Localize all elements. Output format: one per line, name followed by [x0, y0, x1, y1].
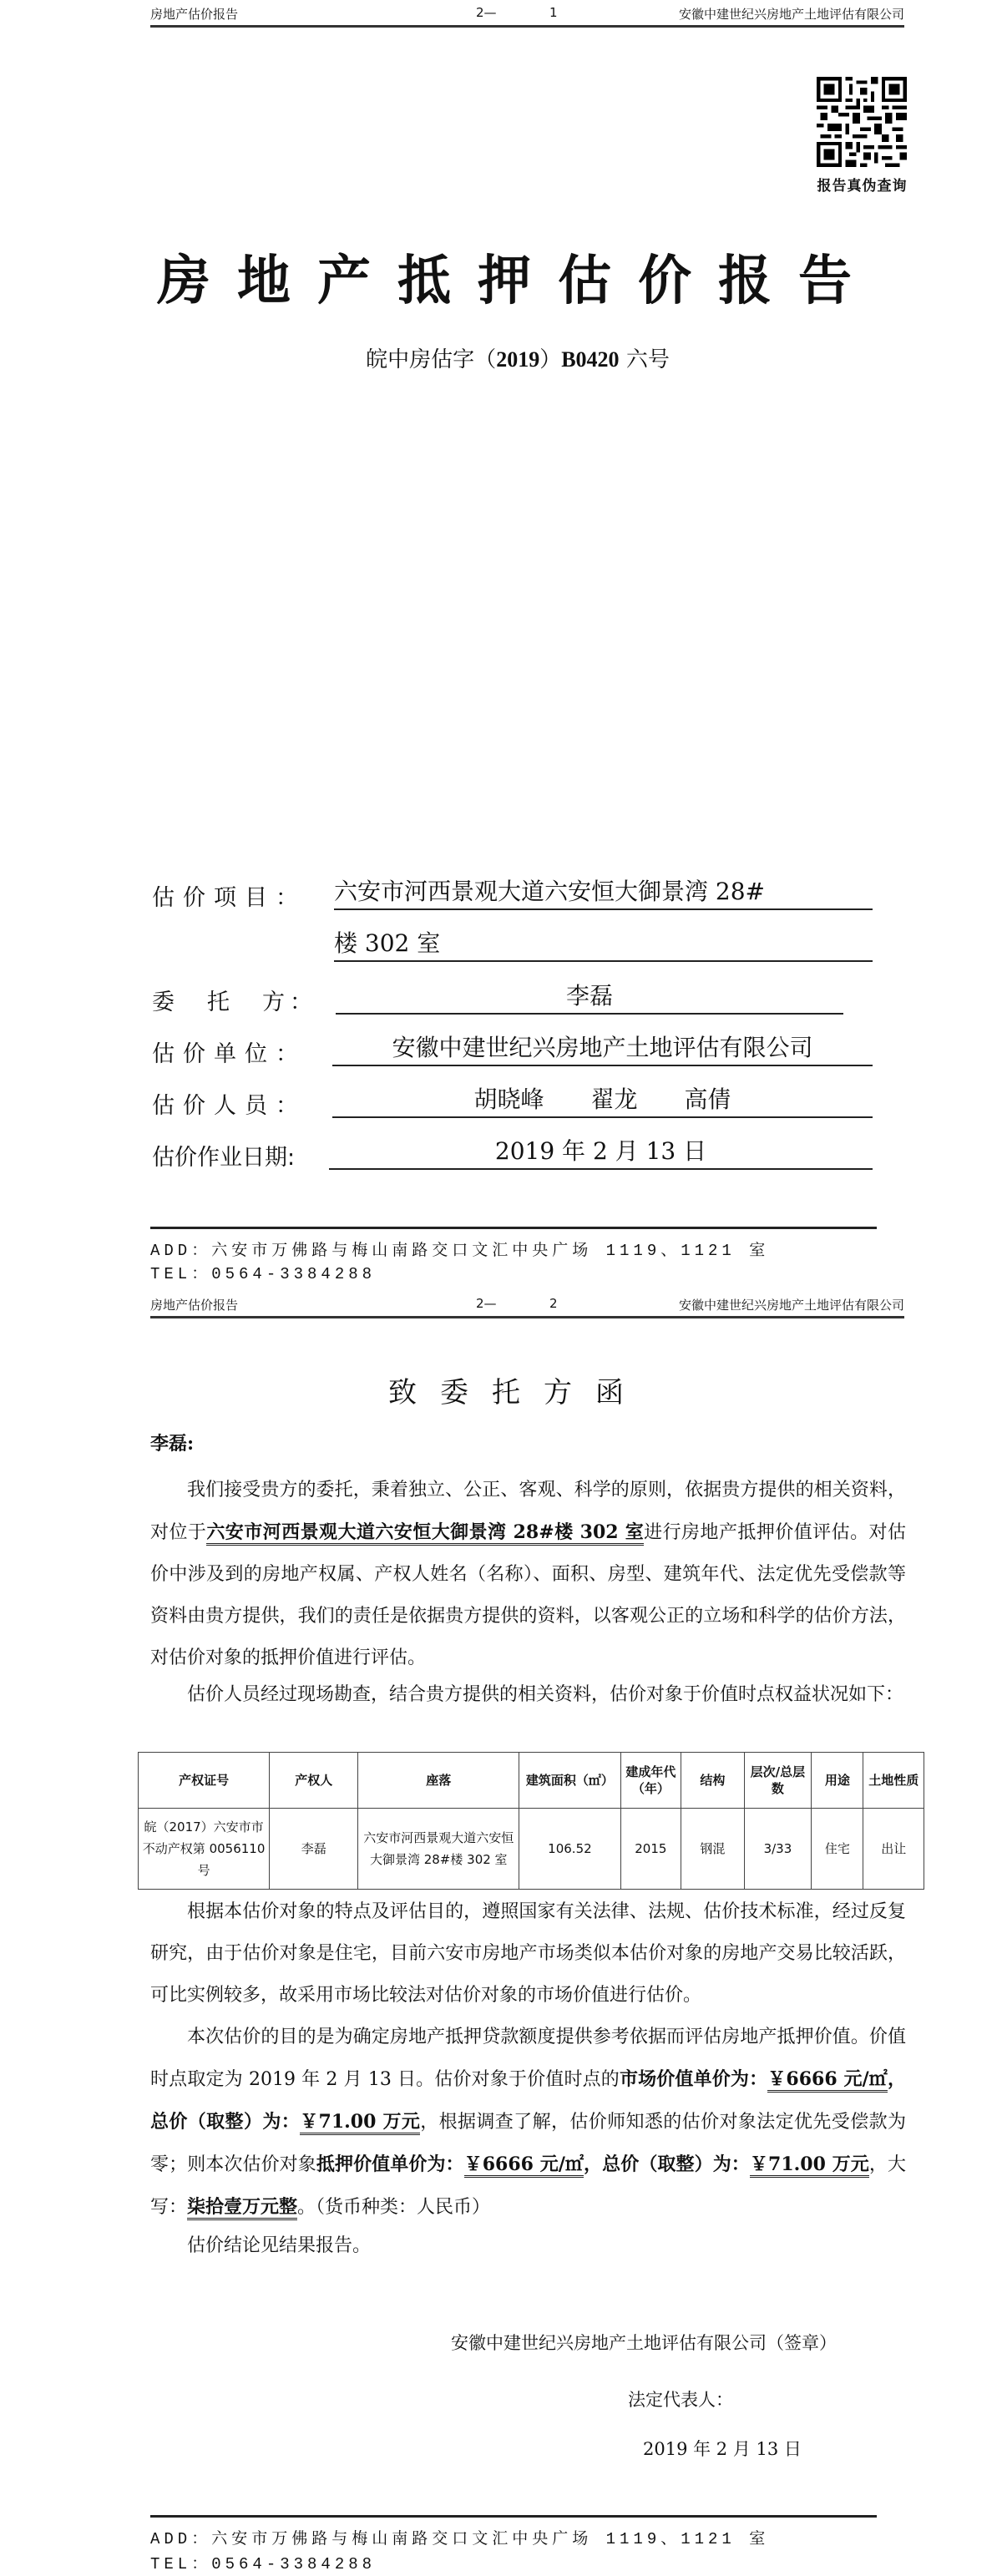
- capital-amount: 柒拾壹万元整: [187, 2196, 297, 2220]
- field-label-client: 委 托 方：: [152, 984, 317, 1016]
- header-page-prefix: 2—: [476, 5, 497, 20]
- header-page-number: 1: [549, 5, 558, 20]
- doc-number-code: B0420: [561, 347, 619, 372]
- page-header: 房地产估价报告 2— 2 安徽中建世纪兴房地产土地评估有限公司: [150, 1291, 904, 1318]
- cell-structure: 钢混: [681, 1809, 745, 1890]
- column-header: 产权人: [270, 1753, 358, 1809]
- doc-number-prefix: 皖中房估字（: [366, 347, 496, 372]
- mortgage-value-label: 抵押价值单价为：: [316, 2153, 464, 2175]
- column-header: 产权证号: [139, 1753, 270, 1809]
- field-label-date: 估价作业日期:: [152, 1139, 295, 1172]
- doc-number-mid: ）: [539, 347, 561, 372]
- market-total-price: ￥71.00 万元: [300, 2111, 420, 2135]
- paragraph-conclusion: 估价结论见结果报告。: [150, 2225, 906, 2267]
- table-row: 皖（2017）六安市市不动产权第 0056110 号 李磊 六安市河西景观大道六…: [139, 1809, 924, 1890]
- column-header: 土地性质: [863, 1753, 924, 1809]
- paragraph-inspection: 估价人员经过现场勘查，结合贵方提供的相关资料，估价对象于价值时点权益状况如下：: [150, 1674, 906, 1716]
- doc-number-year: 2019: [496, 347, 539, 372]
- field-value-project-line1: 六安市河西景观大道六安恒大御景湾 28#: [334, 877, 873, 910]
- signature-date: 2019 年 2 月 13 日: [643, 2436, 802, 2461]
- field-label-appraisers: 估价人员：: [152, 1087, 306, 1120]
- property-table: 产权证号 产权人 座落 建筑面积（㎡） 建成年代（年） 结构 层次/总层数 用途…: [138, 1752, 924, 1890]
- header-page-prefix: 2—: [476, 1296, 497, 1311]
- qr-caption: 报告真伪查询: [810, 174, 914, 195]
- footer-tel: TEL：0564-3384288: [150, 1261, 376, 1283]
- cell-year-built: 2015: [620, 1809, 681, 1890]
- mortgage-unit-price: ￥6666 元/㎡: [464, 2153, 584, 2178]
- doc-number-suffix: 六号: [626, 347, 670, 372]
- field-value-appraiser-org: 安徽中建世纪兴房地产土地评估有限公司: [332, 1033, 873, 1066]
- paragraph-engagement: 我们接受贵方的委托，秉着独立、公正、客观、科学的原则，依据贵方提供的相关资料，对…: [150, 1470, 906, 1679]
- salutation: 李磊:: [150, 1430, 194, 1455]
- footer-divider: [150, 2515, 877, 2518]
- mortgage-total-price: ￥71.00 万元: [750, 2153, 869, 2178]
- cell-usage: 住宅: [812, 1809, 863, 1890]
- paragraph-method: 根据本估价对象的特点及评估目的，遵照国家有关法律、法规、估价技术标准，经过反复研…: [150, 1891, 906, 2017]
- field-value-date: 2019 年 2 月 13 日: [329, 1136, 873, 1170]
- letter-title: 致委托方函: [150, 1369, 885, 1410]
- paragraph-text: ，总价（取整）为：: [584, 2153, 750, 2175]
- cell-area: 106.52: [519, 1809, 620, 1890]
- paragraph-valuation: 本次估价的目的是为确定房地产抵押贷款额度提供参考依据而评估房地产抵押价值。价值时…: [150, 2017, 906, 2229]
- footer-address: ADD：六安市万佛路与梅山南路交口文汇中央广场 1119、1121 室: [150, 2526, 769, 2548]
- header-company: 安徽中建世纪兴房地产土地评估有限公司: [679, 1296, 904, 1313]
- market-value-label: 市场价值单价为：: [620, 2068, 767, 2090]
- column-header: 座落: [358, 1753, 519, 1809]
- document-number: 皖中房估字（2019）B0420 六号: [150, 342, 885, 373]
- header-page-number: 2: [549, 1296, 558, 1311]
- column-header: 建成年代（年）: [620, 1753, 681, 1809]
- field-value-client: 李磊: [336, 981, 843, 1015]
- field-value-project-line2: 楼 302 室: [334, 929, 873, 962]
- field-label-project: 估价项目：: [152, 879, 306, 912]
- paragraph-text: 。（货币种类：人民币）: [297, 2197, 490, 2218]
- footer-address: ADD：六安市万佛路与梅山南路交口文汇中央广场 1119、1121 室: [150, 1237, 769, 1260]
- signature-company: 安徽中建世纪兴房地产土地评估有限公司（签章）: [451, 2330, 837, 2355]
- page-header: 房地产估价报告 2— 1 安徽中建世纪兴房地产土地评估有限公司: [150, 0, 904, 28]
- column-header: 建筑面积（㎡）: [519, 1753, 620, 1809]
- column-header: 层次/总层数: [744, 1753, 812, 1809]
- column-header: 用途: [812, 1753, 863, 1809]
- signature-legal-rep: 法定代表人：: [628, 2386, 733, 2412]
- table-header-row: 产权证号 产权人 座落 建筑面积（㎡） 建成年代（年） 结构 层次/总层数 用途…: [139, 1753, 924, 1809]
- cell-location: 六安市河西景观大道六安恒大御景湾 28#楼 302 室: [358, 1809, 519, 1890]
- header-company: 安徽中建世纪兴房地产土地评估有限公司: [679, 5, 904, 23]
- cell-land-nature: 出让: [863, 1809, 924, 1890]
- field-value-appraisers: 胡晓峰 翟龙 高倩: [332, 1085, 873, 1118]
- property-address: 六安市河西景观大道六安恒大御景湾 28#楼 302 室: [206, 1521, 644, 1546]
- footer-tel: TEL：0564-3384288: [150, 2551, 376, 2573]
- cell-owner: 李磊: [270, 1809, 358, 1890]
- cell-floor: 3/33: [744, 1809, 812, 1890]
- cell-certificate-no: 皖（2017）六安市市不动产权第 0056110 号: [139, 1809, 270, 1890]
- header-report-name: 房地产估价报告: [150, 1296, 238, 1313]
- field-label-appraiser-org: 估价单位：: [152, 1035, 306, 1068]
- column-header: 结构: [681, 1753, 745, 1809]
- qr-code-icon[interactable]: [817, 77, 907, 167]
- report-title: 房地产抵押估价报告: [150, 238, 885, 315]
- header-report-name: 房地产估价报告: [150, 5, 238, 23]
- market-unit-price: ￥6666 元/㎡: [767, 2068, 888, 2093]
- footer-divider: [150, 1227, 877, 1229]
